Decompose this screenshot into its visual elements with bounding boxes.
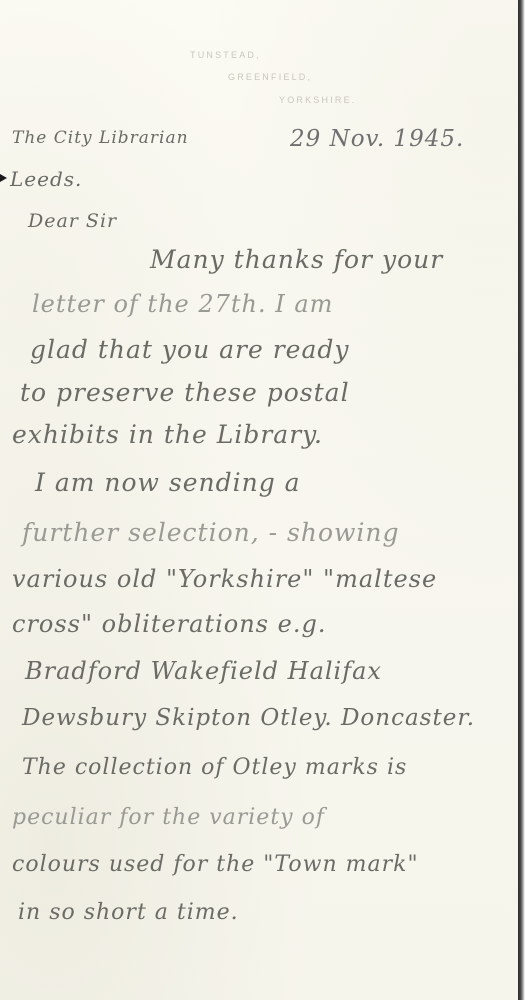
letterhead-line-2: Greenfield, (228, 72, 312, 82)
body-line: colours used for the "Town mark" (12, 852, 419, 877)
letterhead-line-3: Yorkshire. (279, 95, 357, 105)
pointer-arrow-icon (0, 174, 7, 182)
body-line: Many thanks for your (150, 245, 443, 274)
body-line: exhibits in the Library. (12, 420, 323, 449)
body-line: to preserve these postal (20, 378, 350, 407)
body-line: peculiar for the variety of (12, 805, 325, 830)
body-line: The collection of Otley marks is (22, 755, 407, 780)
recipient: The City Librarian (12, 128, 189, 148)
body-line: Dewsbury Skipton Otley. Doncaster. (22, 705, 475, 731)
letterhead-line-1: Tunstead, (190, 50, 261, 60)
recipient-city: Leeds. (10, 167, 82, 191)
body-line: in so short a time. (18, 900, 239, 925)
body-line: various old "Yorkshire" "maltese (12, 565, 437, 593)
salutation: Dear Sir (28, 210, 117, 232)
body-line: further selection, - showing (22, 518, 400, 547)
body-line: cross" obliterations e.g. (12, 610, 326, 638)
body-line: letter of the 27th. I am (32, 290, 333, 318)
letter-date: 29 Nov. 1945. (290, 126, 464, 152)
page-edge-shadow (518, 0, 525, 1000)
body-line: Bradford Wakefield Halifax (25, 657, 382, 685)
body-line: glad that you are ready (30, 335, 350, 364)
letter-page: Tunstead, Greenfield, Yorkshire. The Cit… (0, 0, 518, 1000)
body-line: I am now sending a (35, 468, 301, 497)
